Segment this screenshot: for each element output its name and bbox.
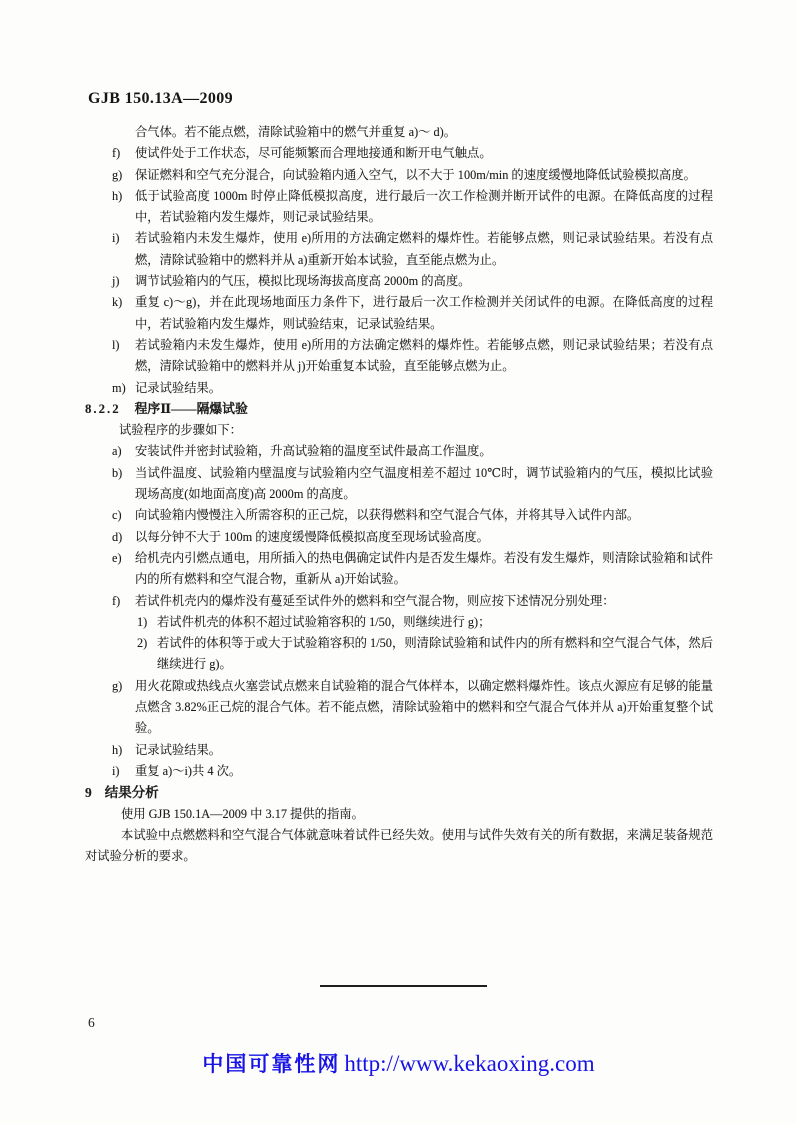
list-label: m)	[112, 378, 126, 399]
list-text: 保证燃料和空气充分混合，向试验箱内通入空气，以不大于 100m/min 的速度缓…	[135, 168, 696, 182]
list-text: 使试件处于工作状态，尽可能频繁而合理地接通和断开电气触点。	[135, 146, 492, 160]
list-label: j)	[112, 271, 120, 292]
list-item-k: k) 重复 c)～g)，并在此现场地面压力条件下，进行最后一次工作检测并关闭试件…	[85, 292, 713, 335]
list-label: l)	[112, 335, 120, 356]
list-item-c: c) 向试验箱内慢慢注入所需容积的正己烷，以获得燃料和空气混合气体，并将其导入试…	[85, 505, 713, 526]
results-paragraph-2: 本试验中点燃燃料和空气混合气体就意味着试件已经失效。使用与试件失效有关的所有数据…	[85, 825, 713, 868]
paragraph-continuation: 合气体。若不能点燃，清除试验箱中的燃气并重复 a)～ d)。	[85, 122, 713, 143]
list-label: c)	[112, 505, 122, 526]
list-item-f2: f) 若试件机壳内的爆炸没有蔓延至试件外的燃料和空气混合物，则应按下述情况分别处…	[85, 591, 713, 612]
list-item-h2: h) 记录试验结果。	[85, 740, 713, 761]
list-label: g)	[112, 165, 122, 186]
list-item-i: i) 若试验箱内未发生爆炸，使用 e)所用的方法确定燃料的爆炸性。若能够点燃，则…	[85, 228, 713, 271]
list-item-i2: i) 重复 a)～i)共 4 次。	[85, 761, 713, 782]
sublist-item-1: 1) 若试件机壳的体积不超过试验箱容积的 1/50，则继续进行 g)；	[85, 612, 713, 633]
list-label: f)	[112, 591, 120, 612]
section-heading-8-2-2: 8.2.2程序Ⅱ——隔爆试验	[85, 399, 713, 420]
list-label: e)	[112, 548, 122, 569]
list-text: 当试件温度、试验箱内壁温度与试验箱内空气温度相差不超过 10℃时，调节试验箱内的…	[135, 466, 713, 501]
list-item-m: m) 记录试验结果。	[85, 378, 713, 399]
list-text: 重复 c)～g)，并在此现场地面压力条件下，进行最后一次工作检测并关闭试件的电源…	[135, 295, 713, 330]
list-label: g)	[112, 676, 122, 697]
page-number: 6	[88, 1015, 95, 1031]
list-text: 若试验箱内未发生爆炸，使用 e)所用的方法确定燃料的爆炸性。若能够点燃，则记录试…	[135, 338, 713, 373]
procedure-intro: 试验程序的步骤如下：	[85, 420, 713, 441]
list-item-f: f) 使试件处于工作状态，尽可能频繁而合理地接通和断开电气触点。	[85, 143, 713, 164]
list-label: 1)	[137, 612, 147, 633]
list-item-b: b) 当试件温度、试验箱内壁温度与试验箱内空气温度相差不超过 10℃时，调节试验…	[85, 463, 713, 506]
list-text: 若试验箱内未发生爆炸，使用 e)所用的方法确定燃料的爆炸性。若能够点燃，则记录试…	[135, 231, 713, 266]
list-item-j: j) 调节试验箱内的气压，模拟比现场海拔高度高 2000m 的高度。	[85, 271, 713, 292]
watermark-url: http://www.kekaoxing.com	[344, 1051, 594, 1076]
list-text: 向试验箱内慢慢注入所需容积的正己烷，以获得燃料和空气混合气体，并将其导入试件内部…	[135, 508, 639, 522]
results-paragraph-1: 使用 GJB 150.1A—2009 中 3.17 提供的指南。	[85, 804, 713, 825]
list-item-h: h) 低于试验高度 1000m 时停止降低模拟高度，进行最后一次工作检测并断开试…	[85, 186, 713, 229]
list-label: 2)	[137, 633, 147, 654]
list-item-g: g) 保证燃料和空气充分混合，向试验箱内通入空气，以不大于 100m/min 的…	[85, 165, 713, 186]
list-text: 若试件机壳的体积不超过试验箱容积的 1/50，则继续进行 g)；	[157, 615, 490, 629]
list-label: i)	[112, 761, 120, 782]
list-text: 记录试验结果。	[135, 743, 221, 757]
list-label: b)	[112, 463, 122, 484]
section-heading-9: 9结果分析	[85, 782, 713, 803]
section-title: 结果分析	[105, 785, 159, 800]
list-label: d)	[112, 527, 122, 548]
list-text: 用火花隙或热线点火塞尝试点燃来自试验箱的混合气体样本，以确定燃料爆炸性。该点火源…	[135, 679, 713, 736]
standard-number-header: GJB 150.13A—2009	[88, 90, 233, 108]
document-body: 合气体。若不能点燃，清除试验箱中的燃气并重复 a)～ d)。 f) 使试件处于工…	[85, 122, 713, 867]
list-item-a: a) 安装试件并密封试验箱，升高试验箱的温度至试件最高工作温度。	[85, 441, 713, 462]
list-item-e: e) 给机壳内引燃点通电，用所插入的热电偶确定试件内是否发生爆炸。若没有发生爆炸…	[85, 548, 713, 591]
list-text: 若试件的体积等于或大于试验箱容积的 1/50，则清除试验箱和试件内的所有燃料和空…	[157, 636, 713, 671]
list-label: f)	[112, 143, 120, 164]
section-title: 程序Ⅱ——隔爆试验	[135, 402, 248, 416]
end-of-text-rule	[320, 985, 487, 987]
list-text: 调节试验箱内的气压，模拟比现场海拔高度高 2000m 的高度。	[135, 274, 470, 288]
list-text: 安装试件并密封试验箱，升高试验箱的温度至试件最高工作温度。	[135, 444, 492, 458]
list-text: 给机壳内引燃点通电，用所插入的热电偶确定试件内是否发生爆炸。若没有发生爆炸，则清…	[135, 551, 713, 586]
list-label: i)	[112, 228, 120, 249]
sublist-item-2: 2) 若试件的体积等于或大于试验箱容积的 1/50，则清除试验箱和试件内的所有燃…	[85, 633, 713, 676]
document-page: GJB 150.13A—2009 合气体。若不能点燃，清除试验箱中的燃气并重复 …	[0, 0, 797, 1124]
list-text: 低于试验高度 1000m 时停止降低模拟高度，进行最后一次工作检测并断开试件的电…	[135, 189, 713, 224]
list-label: h)	[112, 740, 122, 761]
list-item-l: l) 若试验箱内未发生爆炸，使用 e)所用的方法确定燃料的爆炸性。若能够点燃，则…	[85, 335, 713, 378]
watermark-site-name: 中国可靠性网	[202, 1052, 340, 1076]
list-label: k)	[112, 292, 122, 313]
list-item-g2: g) 用火花隙或热线点火塞尝试点燃来自试验箱的混合气体样本，以确定燃料爆炸性。该…	[85, 676, 713, 740]
list-item-d: d) 以每分钟不大于 100m 的速度缓慢降低模拟高度至现场试验高度。	[85, 527, 713, 548]
section-number: 8.2.2	[85, 402, 121, 416]
watermark: 中国可靠性网 http://www.kekaoxing.com	[0, 1048, 797, 1078]
list-text: 记录试验结果。	[135, 381, 221, 395]
list-text: 若试件机壳内的爆炸没有蔓延至试件外的燃料和空气混合物，则应按下述情况分别处理：	[135, 594, 615, 608]
list-label: h)	[112, 186, 122, 207]
list-label: a)	[112, 441, 122, 462]
list-text: 以每分钟不大于 100m 的速度缓慢降低模拟高度至现场试验高度。	[135, 530, 489, 544]
section-number: 9	[85, 785, 92, 800]
list-text: 重复 a)～i)共 4 次。	[135, 764, 241, 778]
